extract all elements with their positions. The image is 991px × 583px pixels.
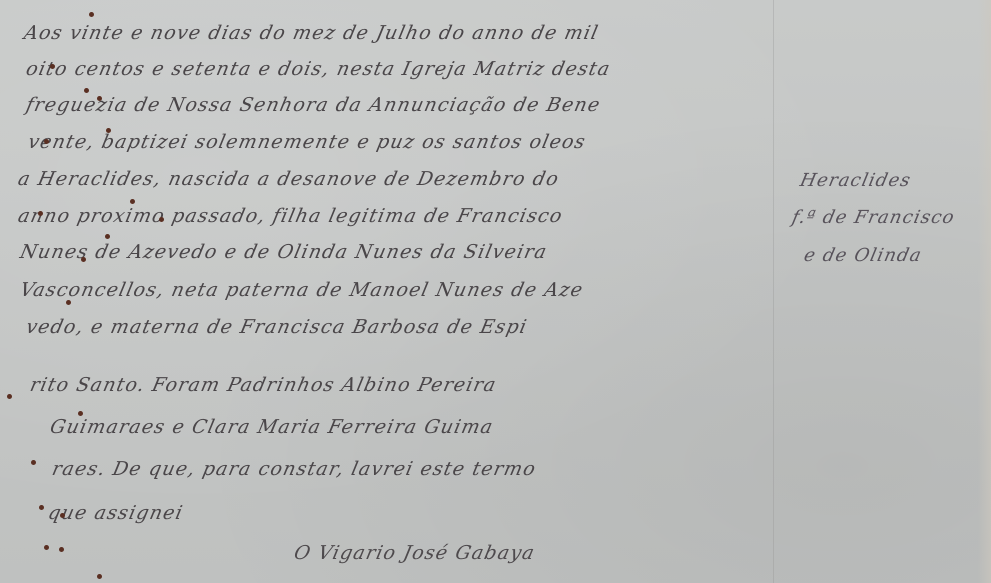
margin-note-mother: e de Olinda [802, 245, 924, 266]
foxing-spot [89, 12, 94, 17]
foxing-spot [105, 234, 110, 239]
foxing-spot [7, 394, 12, 399]
body-line-8: Vasconcellos, neta paterna de Manoel Nun… [18, 279, 586, 301]
foxing-spot [38, 211, 43, 216]
foxing-spot [50, 64, 55, 69]
foxing-spot [78, 411, 83, 416]
document-page: Aos vinte e nove dias do mez de Julho do… [0, 0, 991, 583]
foxing-spot [81, 257, 86, 262]
foxing-spot [39, 505, 44, 510]
foxing-spot [31, 460, 36, 465]
foxing-spot [60, 513, 65, 518]
margin-note-father: f.ª de Francisco [790, 207, 957, 228]
foxing-spot [97, 96, 102, 101]
body-line-9: vedo, e materna de Francisca Barbosa de … [24, 316, 529, 338]
foxing-spot [97, 574, 102, 579]
body-line-10: rito Santo. Foram Padrinhos Albino Perei… [28, 374, 499, 396]
foxing-spot [44, 545, 49, 550]
foxing-spot [130, 199, 135, 204]
body-line-4: vente, baptizei solemnemente e puz os sa… [26, 131, 588, 153]
body-line-13: que assignei [46, 502, 185, 524]
margin-rule [773, 0, 774, 583]
body-line-3: freguezia de Nossa Senhora da Annunciaçã… [24, 94, 603, 116]
body-line-5: a Heraclides, nascida a desanove de Deze… [16, 168, 561, 190]
body-line-11: Guimaraes e Clara Maria Ferreira Guima [48, 416, 496, 438]
foxing-spot [44, 139, 49, 144]
foxing-spot [66, 300, 71, 305]
signature: O Vigario José Gabaya [292, 542, 537, 564]
foxing-spot [159, 217, 164, 222]
foxing-spot [59, 547, 64, 552]
body-line-1: Aos vinte e nove dias do mez de Julho do… [22, 22, 601, 44]
page-edge [978, 0, 991, 583]
margin-note-name: Heraclides [798, 170, 913, 191]
foxing-spot [84, 88, 89, 93]
body-line-7: Nunes de Azevedo e de Olinda Nunes da Si… [18, 241, 550, 263]
foxing-spot [106, 128, 111, 133]
body-line-6: anno proximo passado, filha legitima de … [16, 205, 565, 227]
body-line-2: oito centos e setenta e dois, nesta Igre… [24, 58, 613, 80]
body-line-12: raes. De que, para constar, lavrei este … [50, 458, 538, 480]
